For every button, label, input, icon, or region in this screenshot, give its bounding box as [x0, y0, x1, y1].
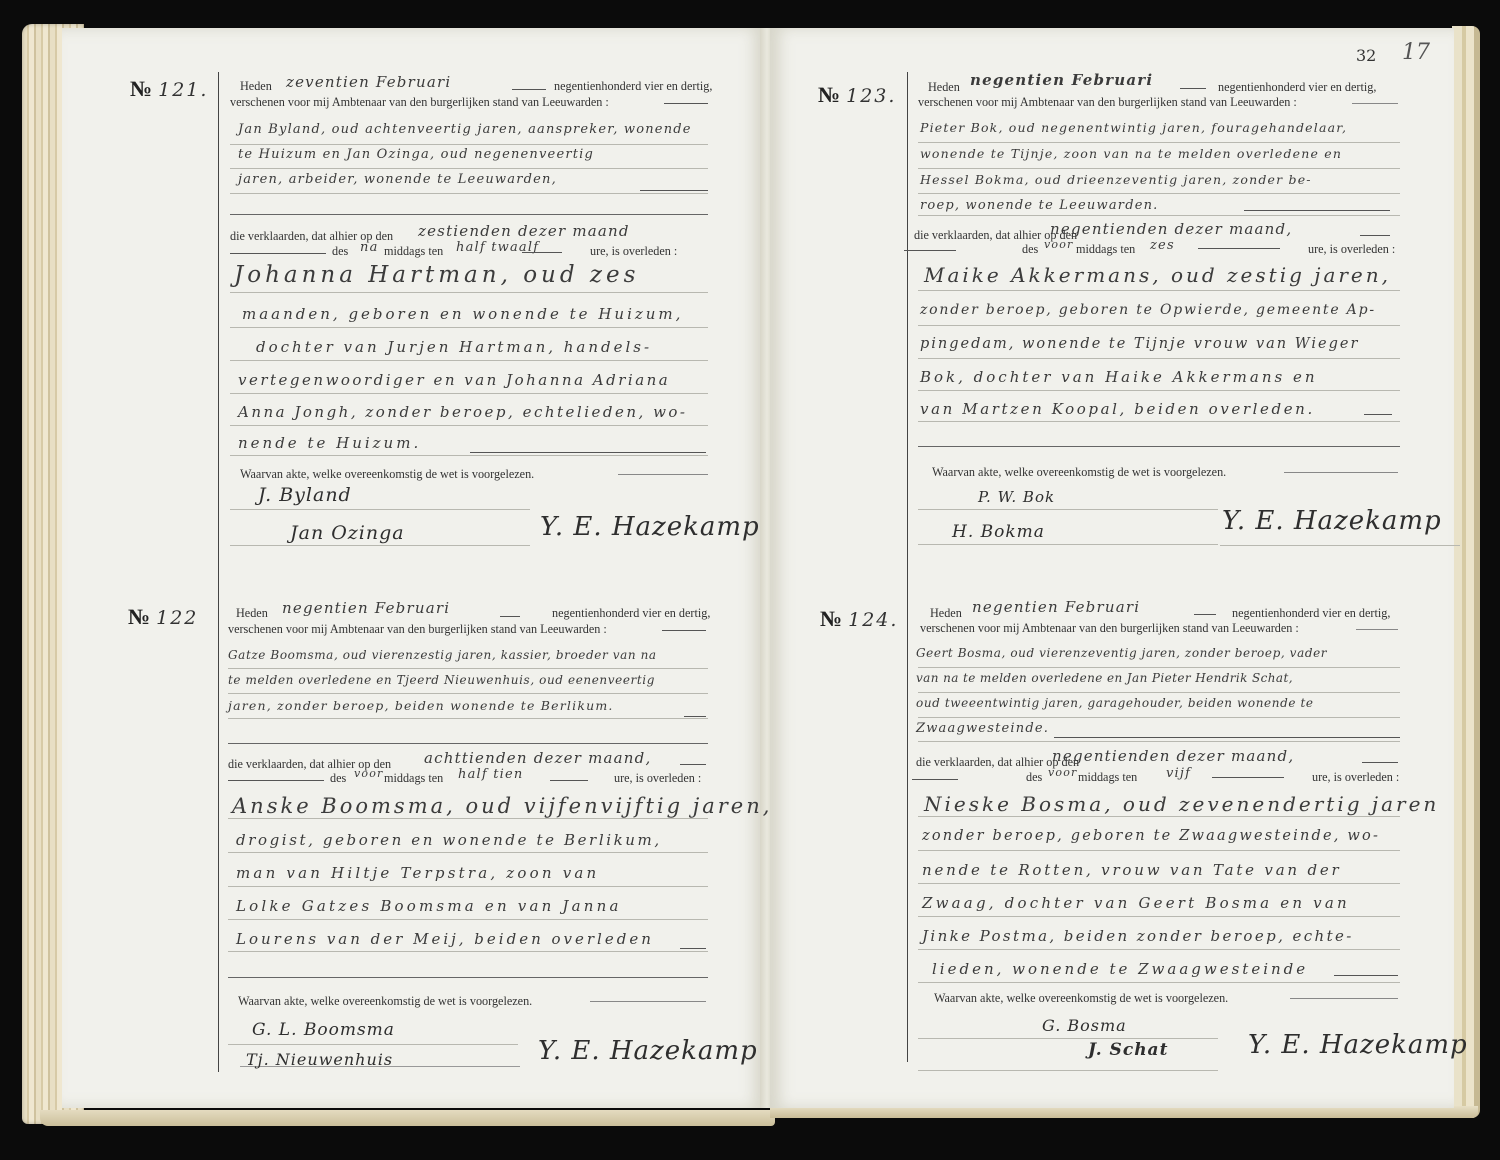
ruled-line [230, 144, 708, 145]
death-day: zestienden dezer maand [418, 222, 630, 240]
signature-witness-2: J. Schat [1088, 1040, 1168, 1060]
deceased-line: vertegenwoordiger en van Johanna Adriana [238, 371, 670, 389]
record-number: №123. [818, 82, 896, 108]
ruled-line [918, 741, 1400, 742]
fill-dash [550, 780, 588, 781]
fill-dash [1290, 998, 1398, 999]
ruled-line [228, 668, 708, 669]
label-heden: Heden [236, 606, 268, 621]
fill-dash [1362, 762, 1398, 763]
ruled-line [918, 215, 1400, 216]
declarant-line: jaren, arbeider, wonende te Leeuwarden, [238, 172, 557, 187]
label-waarvan: Waarvan akte, welke overeenkomstig de we… [932, 465, 1226, 480]
label-middags: middags ten [384, 244, 443, 259]
label-heden: Heden [240, 79, 272, 94]
label-heden: Heden [928, 80, 960, 95]
signature-line [230, 509, 530, 510]
fill-dash [228, 780, 324, 781]
fill-dash [1364, 414, 1392, 415]
signature-witness-1: J. Byland [258, 484, 352, 506]
signature-line [230, 545, 530, 546]
label-verschenen: verschenen voor mij Ambtenaar van den bu… [918, 95, 1297, 110]
ruled-line [230, 455, 708, 456]
ruled-line [918, 667, 1400, 668]
deceased-line: zonder beroep, geboren te Zwaagwesteinde… [922, 828, 1380, 844]
ruled-line [918, 290, 1400, 291]
fill-dash [230, 253, 326, 254]
ruled-line [230, 327, 708, 328]
section-divider [918, 446, 1400, 447]
fill-dash [1244, 210, 1390, 211]
death-day: achttienden dezer maand, [424, 749, 651, 767]
label-ure: ure, is overleden : [1312, 770, 1399, 785]
ruled-line [918, 325, 1400, 326]
page-number: 32 [1356, 46, 1376, 65]
fill-dash [662, 630, 706, 631]
fill-dash [680, 948, 706, 949]
deceased-line: Anna Jongh, zonder beroep, echtelieden, … [238, 403, 688, 421]
fill-dash [1284, 472, 1398, 473]
fill-dash [904, 250, 956, 251]
declarant-line: Jan Byland, oud achtenveertig jaren, aan… [238, 122, 692, 137]
ruled-line [228, 718, 708, 719]
death-time: vijf [1166, 766, 1191, 781]
signature-witness-2: H. Bokma [952, 522, 1045, 542]
deceased-line: van Martzen Koopal, beiden overleden. [920, 400, 1315, 418]
label-year: negentienhonderd vier en dertig, [552, 606, 710, 621]
deceased-line: man van Hiltje Terpstra, zoon van [236, 864, 599, 882]
ruled-line [918, 816, 1400, 817]
signature-official: Y. E. Hazekamp [540, 512, 760, 542]
ruled-line [230, 393, 708, 394]
fill-dash [512, 89, 546, 90]
declarant-line: oud tweeentwintig jaren, garagehouder, b… [916, 696, 1314, 710]
ruled-line [918, 142, 1400, 143]
record-date: negentien Februari [972, 598, 1140, 616]
declarant-line: Zwaagwesteinde. [916, 721, 1049, 736]
signature-witness-2: Jan Ozinga [290, 522, 405, 544]
deceased-line: Johanna Hartman, oud zes [234, 262, 639, 288]
ruled-line [918, 949, 1400, 950]
page-margin-mark: 17 [1402, 40, 1430, 65]
ruled-line [918, 193, 1400, 194]
fill-dash [522, 252, 562, 253]
ruled-line [230, 425, 708, 426]
declarant-line: Hessel Bokma, oud drieenzeventig jaren, … [920, 172, 1312, 187]
right-page [770, 28, 1454, 1108]
deceased-line: zonder beroep, geboren te Opwierde, geme… [920, 302, 1376, 318]
ruled-line [228, 919, 708, 920]
book-page-edges-right [1452, 26, 1480, 1118]
deceased-line: Bok, dochter van Haike Akkermans en [920, 368, 1318, 386]
deceased-line: Zwaag, dochter van Geert Bosma en van [922, 894, 1350, 912]
record-date: negentien Februari [970, 71, 1153, 89]
deceased-line: Anske Boomsma, oud vijfenvijftig jaren, [232, 794, 772, 818]
death-time: zes [1150, 238, 1175, 253]
declarant-line: te Huizum en Jan Ozinga, oud negenenveer… [238, 147, 594, 162]
ruled-line [228, 951, 708, 952]
label-middags: middags ten [1076, 242, 1135, 257]
deceased-line: Jinke Postma, beiden zonder beroep, echt… [922, 927, 1354, 945]
fill-dash [1334, 975, 1398, 976]
signature-line [1220, 545, 1460, 546]
ruled-line [230, 292, 708, 293]
label-ure: ure, is overleden : [590, 244, 677, 259]
am-pm: voor [354, 767, 384, 780]
signature-official: Y. E. Hazekamp [1222, 506, 1442, 536]
declarant-line: Pieter Bok, oud negenentwintig jaren, fo… [920, 120, 1347, 135]
ruled-line [918, 850, 1400, 851]
record-number: №124. [820, 606, 898, 632]
fill-dash [1194, 614, 1216, 615]
label-verschenen: verschenen voor mij Ambtenaar van den bu… [228, 622, 607, 637]
am-pm: voor [1048, 766, 1078, 779]
record-number: №122 [128, 604, 198, 630]
signature-line [918, 1070, 1218, 1071]
signature-line [918, 544, 1218, 545]
ruled-line [918, 168, 1400, 169]
label-year: negentienhonderd vier en dertig, [1232, 606, 1390, 621]
label-waarvan: Waarvan akte, welke overeenkomstig de we… [240, 467, 534, 482]
record-date: zeventien Februari [286, 73, 451, 91]
signature-official: Y. E. Hazekamp [1248, 1030, 1468, 1060]
ruled-line [918, 358, 1400, 359]
ruled-line [918, 390, 1400, 391]
fill-dash [618, 474, 708, 475]
signature-witness-1: G. Bosma [1042, 1016, 1127, 1035]
fill-dash [1198, 248, 1280, 249]
ruled-line [918, 692, 1400, 693]
fill-dash [664, 103, 708, 104]
label-ure: ure, is overleden : [1308, 242, 1395, 257]
deceased-line: nende te Rotten, vrouw van Tate van der [922, 861, 1342, 879]
label-middags: middags ten [1078, 770, 1137, 785]
label-ure: ure, is overleden : [614, 771, 701, 786]
signature-line [228, 1044, 518, 1045]
fill-dash [1054, 737, 1400, 738]
fill-dash [500, 616, 520, 617]
label-verschenen: verschenen voor mij Ambtenaar van den bu… [230, 95, 609, 110]
death-day: negentienden dezer maand, [1052, 747, 1294, 765]
fill-dash [680, 764, 706, 765]
section-divider [230, 214, 708, 215]
deceased-line: drogist, geboren en wonende te Berlikum, [236, 831, 662, 849]
ruled-line [228, 886, 708, 887]
declarant-line: Gatze Boomsma, oud vierenzestig jaren, k… [228, 648, 657, 662]
deceased-line: maanden, geboren en wonende te Huizum, [242, 305, 683, 323]
label-year: negentienhonderd vier en dertig, [1218, 80, 1376, 95]
death-day: negentienden dezer maand, [1050, 220, 1292, 238]
label-middags: middags ten [384, 771, 443, 786]
fill-dash [912, 779, 958, 780]
fill-dash [1212, 777, 1284, 778]
label-des: des [1022, 242, 1038, 257]
fill-dash [1352, 103, 1398, 104]
deceased-line: Lourens van der Meij, beiden overleden [236, 930, 654, 948]
fill-dash [590, 1001, 706, 1002]
ruled-line [918, 916, 1400, 917]
ruled-line [230, 193, 708, 194]
am-pm: voor [1044, 238, 1074, 251]
ruled-line [228, 818, 708, 819]
signature-line [918, 1038, 1218, 1039]
declarant-line: van na te melden overledene en Jan Piete… [916, 671, 1293, 685]
deceased-line: dochter van Jurjen Hartman, handels- [256, 338, 652, 356]
deceased-line: nende te Huizum. [238, 434, 421, 452]
deceased-line: pingedam, wonende te Tijnje vrouw van Wi… [920, 336, 1359, 352]
section-divider [228, 977, 708, 978]
label-waarvan: Waarvan akte, welke overeenkomstig de we… [934, 991, 1228, 1006]
ruled-line [230, 168, 708, 169]
right-margin-rule [907, 72, 908, 1062]
ruled-line [918, 717, 1400, 718]
deceased-line: Lolke Gatzes Boomsma en van Janna [236, 897, 622, 915]
label-waarvan: Waarvan akte, welke overeenkomstig de we… [238, 994, 532, 1009]
ruled-line [228, 852, 708, 853]
fill-dash [1180, 88, 1206, 89]
record-number: №121. [130, 76, 208, 102]
fill-dash [1360, 235, 1390, 236]
fill-dash [470, 452, 706, 453]
ruled-line [230, 360, 708, 361]
signature-witness-2: Tj. Nieuwenhuis [246, 1050, 393, 1069]
signature-line [918, 509, 1218, 510]
label-verschenen: verschenen voor mij Ambtenaar van den bu… [920, 621, 1299, 636]
label-heden: Heden [930, 606, 962, 621]
label-des: des [330, 771, 346, 786]
ruled-line [228, 693, 708, 694]
deceased-line: lieden, wonende te Zwaagwesteinde [932, 960, 1308, 978]
section-divider [228, 743, 708, 744]
fill-dash [1356, 629, 1398, 630]
declarant-line: jaren, zonder beroep, beiden wonende te … [228, 698, 614, 713]
declarant-line: te melden overledene en Tjeerd Nieuwenhu… [228, 673, 655, 687]
label-year: negentienhonderd vier en dertig, [554, 79, 712, 94]
record-date: negentien Februari [282, 599, 450, 617]
declarant-line: roep, wonende te Leeuwarden. [920, 198, 1159, 213]
ruled-line [918, 982, 1400, 983]
declarant-line: wonende te Tijnje, zoon van na te melden… [920, 146, 1342, 161]
label-des: des [1026, 770, 1042, 785]
fill-dash [640, 190, 708, 191]
ruled-line [918, 883, 1400, 884]
signature-witness-1: P. W. Bok [978, 488, 1055, 506]
ruled-line [918, 421, 1400, 422]
signature-official: Y. E. Hazekamp [538, 1036, 758, 1066]
death-time: half tien [458, 767, 523, 782]
left-margin-rule [218, 72, 219, 1072]
deceased-line: Nieske Bosma, oud zevenendertig jaren [924, 792, 1439, 816]
am-pm: na [360, 240, 379, 255]
fill-dash [684, 716, 706, 717]
declarant-line: Geert Bosma, oud vierenzeventig jaren, z… [916, 646, 1327, 660]
deceased-line: Maike Akkermans, oud zestig jaren, [924, 263, 1391, 287]
label-des: des [332, 244, 348, 259]
book-page-edges-bottom [40, 1110, 775, 1126]
signature-witness-1: G. L. Boomsma [252, 1020, 395, 1040]
